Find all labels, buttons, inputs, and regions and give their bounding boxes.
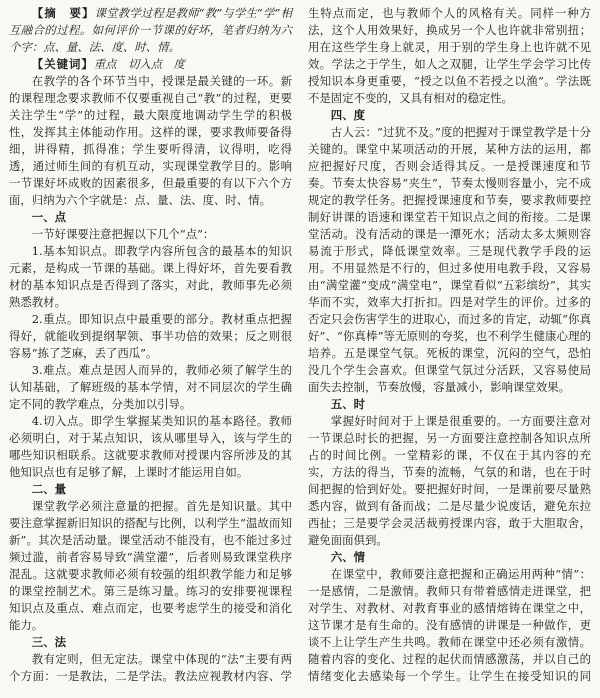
keywords-line: 【关键词】重点 切入点 度 [9,56,292,73]
abstract: 【摘 要】课堂教学过程是教师“教”与学生“学”相互融合的过程。如何评价一节课的好… [9,5,292,56]
paragraph: 3.难点。难点是因人而异的，教师必须了解学生的认知基础，了解班级的基本学情，对不… [9,362,292,413]
intro-paragraph: 在教学的各个环节当中，授课是最关键的一环。新的课程理念要求教师不仅要重视自己“教… [9,73,292,209]
article-body: 【摘 要】课堂教学过程是教师“教”与学生“学”相互融合的过程。如何评价一节课的好… [9,5,591,694]
paragraph: 1.基本知识点。即教学内容所包含的最基本的知识元素，是构成一节课的基础。课上得好… [9,243,292,311]
paragraph: 课堂教学必须注意量的把握。首先是知识量。其中要注意掌握新旧知识的搭配与比例，以利… [9,498,292,634]
paragraph: 4.切入点。即学生掌握某类知识的基本路径。教师必须明白，对于某点知识，该从哪里导… [9,413,292,481]
section-heading-liang: 二、量 [9,481,292,498]
abstract-label: 【摘 要】 [32,6,95,20]
section-heading-qing: 六、情 [308,549,591,566]
section-heading-dian: 一、点 [9,209,292,226]
section-heading-shi: 五、时 [308,396,591,413]
section-heading-fa: 三、法 [9,634,292,651]
paragraph: 2.重点。即知识点中最重要的部分。教材重点把握得好，就能收到提纲挈领、事半功倍的… [9,311,292,362]
document-page: 【摘 要】课堂教学过程是教师“教”与学生“学”相互融合的过程。如何评价一节课的好… [0,0,600,698]
paragraph: 一节好课要注意把握以下几个“点”： [9,226,292,243]
paragraph: 掌握好时间对于上课是很重要的。一方面要注意对一节课总时长的把握，另一方面要注意控… [308,413,591,549]
keywords-label: 【关键词】 [32,57,94,71]
keywords-terms: 重点 切入点 度 [94,57,185,71]
section-heading-du: 四、度 [308,107,591,124]
paragraph: 古人云：“过犹不及。”度的把握对于课堂教学是十分关键的。课堂中某项活动的开展，某… [308,124,591,396]
